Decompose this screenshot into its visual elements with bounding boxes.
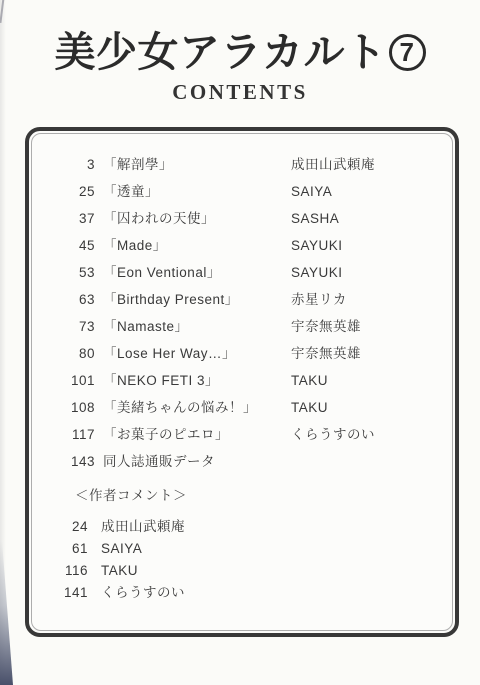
entry-title: 「Namaste」 xyxy=(103,318,283,336)
entry-title: 「Eon Ventional」 xyxy=(103,264,283,282)
comment-author: SAIYA xyxy=(101,540,443,557)
comment-author: TAKU xyxy=(101,562,443,579)
entry-page-number: 53 xyxy=(61,264,95,282)
page-title: 美少女アラカルト7 xyxy=(0,32,480,74)
comment-entry: 24 成田山武頼庵 xyxy=(61,518,443,535)
entry-title: 「Made」 xyxy=(103,237,283,255)
entry-title: 「囚われの天使」 xyxy=(103,210,283,228)
entry-title: 「お菓子のピエロ」 xyxy=(103,426,283,444)
toc-entry: 80 「Lose Her Way…」 宇奈無英雄 xyxy=(61,345,443,363)
entry-page-number: 143 xyxy=(61,453,95,471)
entry-page-number: 45 xyxy=(61,237,95,255)
toc-entry: 37 「囚われの天使」 SASHA xyxy=(61,210,443,228)
entry-page-number: 37 xyxy=(61,210,95,228)
comment-entry: 61 SAIYA xyxy=(61,540,443,557)
entry-title: 「Lose Her Way…」 xyxy=(103,345,283,363)
author-comments-list: 24 成田山武頼庵 61 SAIYA 116 TAKU 141 くらうすのい xyxy=(61,518,443,601)
entry-author: TAKU xyxy=(291,399,443,417)
toc-box: 3 「解剖學」 成田山武頼庵 25 「透童」 SAIYA 37 「囚われの天使」… xyxy=(25,127,459,637)
comment-author: くらうすのい xyxy=(101,584,443,601)
toc-entry: 143 同人誌通販データ xyxy=(61,453,443,471)
entry-author: TAKU xyxy=(291,372,443,390)
entry-author: SAYUKI xyxy=(291,237,443,255)
entry-author: 宇奈無英雄 xyxy=(291,318,443,336)
toc-entry: 45 「Made」 SAYUKI xyxy=(61,237,443,255)
entry-author: SAIYA xyxy=(291,183,443,201)
toc-entry: 53 「Eon Ventional」 SAYUKI xyxy=(61,264,443,282)
toc-entry: 117 「お菓子のピエロ」 くらうすのい xyxy=(61,426,443,444)
entry-title: 「透童」 xyxy=(103,183,283,201)
comment-entry: 141 くらうすのい xyxy=(61,584,443,601)
entry-author: 成田山武頼庵 xyxy=(291,156,443,174)
entry-title: 「NEKO FETI 3」 xyxy=(103,372,283,390)
comment-page-number: 61 xyxy=(61,540,88,557)
entry-page-number: 3 xyxy=(61,156,95,174)
entry-author: SASHA xyxy=(291,210,443,228)
scan-shadow-bottom-left xyxy=(0,540,13,685)
volume-number: 7 xyxy=(400,39,415,65)
toc-entry: 25 「透童」 SAIYA xyxy=(61,183,443,201)
page-title-text: 美少女アラカルト xyxy=(55,29,387,75)
comment-page-number: 24 xyxy=(61,518,88,535)
entry-title: 「美緒ちゃんの悩み！」 xyxy=(103,399,283,417)
entry-author: SAYUKI xyxy=(291,264,443,282)
toc-list: 3 「解剖學」 成田山武頼庵 25 「透童」 SAIYA 37 「囚われの天使」… xyxy=(61,156,443,471)
entry-author: 宇奈無英雄 xyxy=(291,345,443,363)
comment-entry: 116 TAKU xyxy=(61,562,443,579)
entry-page-number: 63 xyxy=(61,291,95,309)
entry-title: 「Birthday Present」 xyxy=(103,291,283,309)
scan-mark-top-left xyxy=(0,0,5,23)
entry-page-number: 73 xyxy=(61,318,95,336)
author-comments-heading: ＜作者コメント＞ xyxy=(75,487,443,505)
toc-entry: 108 「美緒ちゃんの悩み！」 TAKU xyxy=(61,399,443,417)
entry-page-number: 80 xyxy=(61,345,95,363)
entry-page-number: 117 xyxy=(61,426,95,444)
entry-title: 「解剖學」 xyxy=(103,156,283,174)
contents-label: CONTENTS xyxy=(0,80,480,105)
toc-entry: 63 「Birthday Present」 赤星リカ xyxy=(61,291,443,309)
comment-page-number: 141 xyxy=(61,584,88,601)
entry-title: 同人誌通販データ xyxy=(103,453,283,471)
comment-author: 成田山武頼庵 xyxy=(101,518,443,535)
entry-page-number: 25 xyxy=(61,183,95,201)
toc-entry: 3 「解剖學」 成田山武頼庵 xyxy=(61,156,443,174)
entry-author: 赤星リカ xyxy=(291,291,443,309)
comment-page-number: 116 xyxy=(61,562,88,579)
entry-author xyxy=(291,453,443,471)
page-header: 美少女アラカルト7 CONTENTS xyxy=(0,32,480,105)
entry-page-number: 108 xyxy=(61,399,95,417)
toc-entry: 101 「NEKO FETI 3」 TAKU xyxy=(61,372,443,390)
volume-badge: 7 xyxy=(389,34,426,71)
toc-content: 3 「解剖學」 成田山武頼庵 25 「透童」 SAIYA 37 「囚われの天使」… xyxy=(29,131,455,633)
toc-entry: 73 「Namaste」 宇奈無英雄 xyxy=(61,318,443,336)
entry-page-number: 101 xyxy=(61,372,95,390)
entry-author: くらうすのい xyxy=(291,426,443,444)
